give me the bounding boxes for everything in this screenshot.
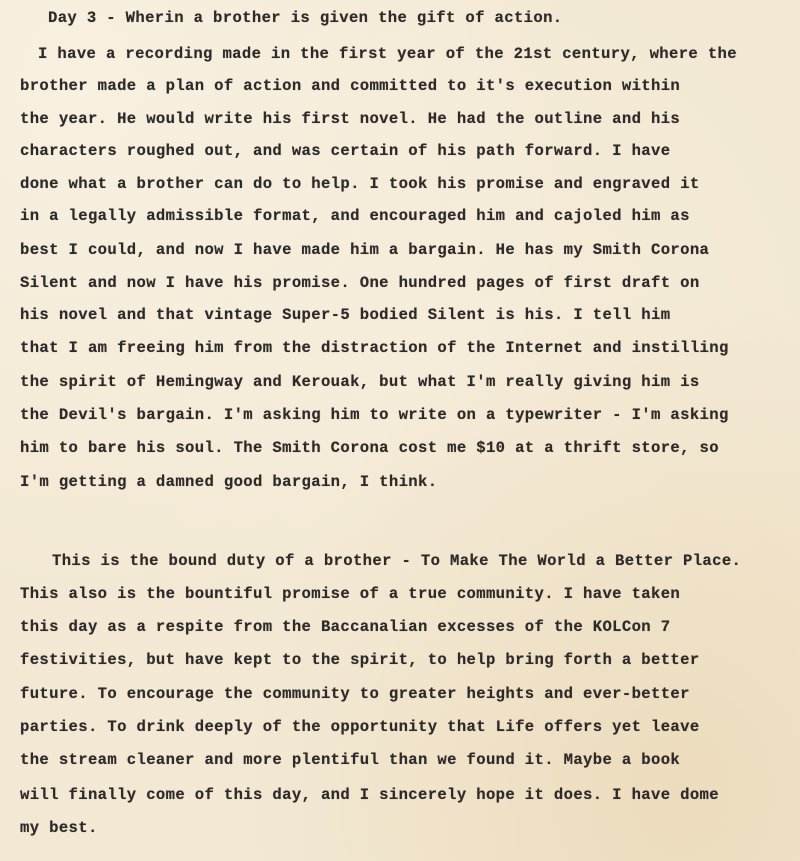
- text-line: him to bare his soul. The Smith Corona c…: [20, 438, 719, 458]
- text-line: This also is the bountiful promise of a …: [20, 584, 680, 604]
- text-line: future. To encourage the community to gr…: [20, 684, 690, 704]
- typewritten-page: Day 3 - Wherin a brother is given the gi…: [0, 0, 800, 861]
- text-line: my best.: [20, 818, 98, 838]
- text-line: best I could, and now I have made him a …: [20, 240, 709, 260]
- document-title: Day 3 - Wherin a brother is given the gi…: [48, 8, 563, 28]
- text-line: the spirit of Hemingway and Kerouak, but…: [20, 372, 700, 392]
- text-line: will finally come of this day, and I sin…: [20, 785, 719, 805]
- text-line: his novel and that vintage Super-5 bodie…: [20, 305, 670, 325]
- text-line: that I am freeing him from the distracti…: [20, 338, 729, 358]
- text-line: the Devil's bargain. I'm asking him to w…: [20, 405, 729, 425]
- text-line: this day as a respite from the Baccanali…: [20, 617, 670, 637]
- text-line: parties. To drink deeply of the opportun…: [20, 717, 700, 737]
- text-line: the year. He would write his first novel…: [20, 109, 680, 129]
- text-line: characters roughed out, and was certain …: [20, 141, 670, 161]
- text-line: brother made a plan of action and commit…: [20, 76, 680, 96]
- text-line: I have a recording made in the first yea…: [38, 44, 737, 64]
- text-line: This is the bound duty of a brother - To…: [52, 551, 741, 571]
- text-line: I'm getting a damned good bargain, I thi…: [20, 472, 437, 492]
- text-line: Silent and now I have his promise. One h…: [20, 273, 700, 293]
- text-line: festivities, but have kept to the spirit…: [20, 650, 700, 670]
- text-line: the stream cleaner and more plentiful th…: [20, 750, 680, 770]
- text-line: done what a brother can do to help. I to…: [20, 174, 700, 194]
- text-line: in a legally admissible format, and enco…: [20, 206, 690, 226]
